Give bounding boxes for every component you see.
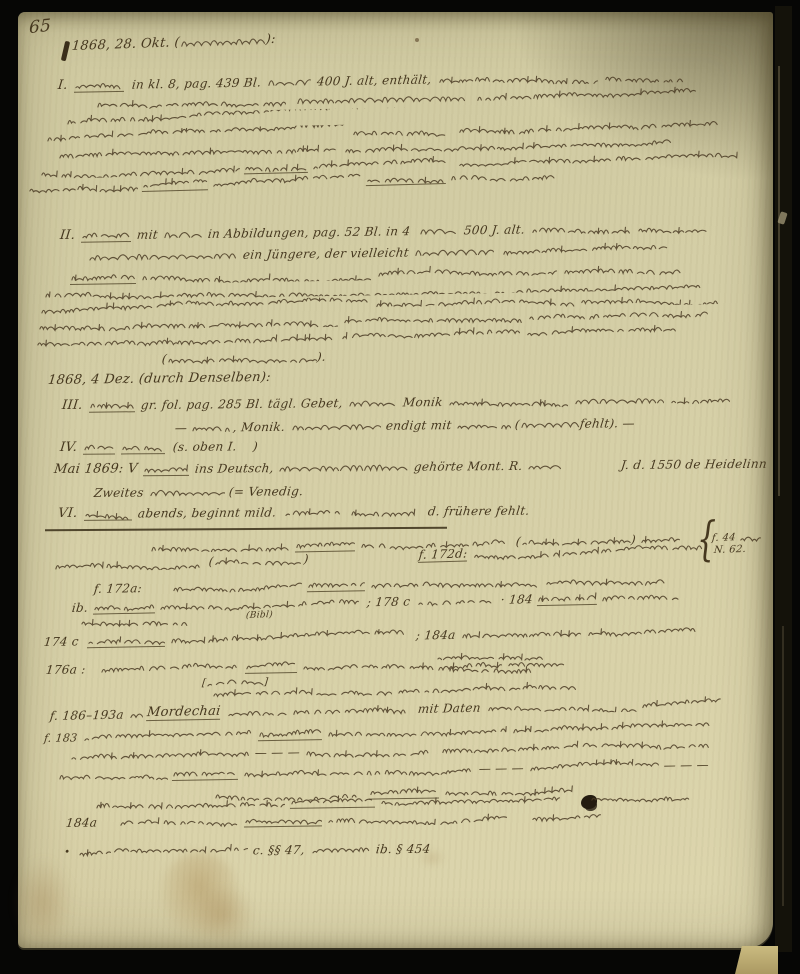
handwriting-text: f. 186–193a (49, 709, 124, 723)
handwriting-text: f. 172a: (93, 582, 143, 596)
handwriting-text: (Bibl) (245, 611, 273, 622)
handwriting-text: ): (265, 33, 276, 47)
gap (561, 471, 621, 473)
mordechai-line: f. 186–193aMordechaimit Daten (50, 695, 721, 723)
handwriting-scribble (170, 629, 410, 647)
handwriting-text: 174 c (43, 635, 79, 649)
handwriting-scribble (640, 696, 720, 712)
handwriting-scribble (119, 814, 239, 830)
handwriting-text: — — — (254, 746, 301, 760)
handwriting-scribble (486, 698, 636, 715)
handwriting-scribble (172, 765, 238, 781)
handwriting-scribble (87, 632, 165, 648)
gap (142, 594, 172, 596)
handwriting-scribble (590, 789, 690, 805)
handwriting-text: 1868, 4 Dez. (durch Denselben): (47, 371, 271, 388)
handwriting-scribble (529, 759, 659, 775)
handwriting-text: ). (316, 351, 327, 364)
handwriting-scribble (290, 793, 375, 809)
handwriting-text: f. 172d: (418, 547, 468, 562)
handwriting-scribble (352, 123, 452, 139)
handwriting-scribble (604, 68, 684, 83)
handwriting-scribble (89, 397, 135, 412)
handwriting-text: d. frühere fehlt. (427, 505, 530, 519)
handwriting-scribble (458, 117, 718, 136)
handwriting-text: , Monik. (233, 421, 287, 435)
handwriting-text: I. (57, 79, 68, 93)
margin-note-n62: N. 62. (714, 545, 747, 557)
handwriting-scribble (70, 269, 136, 285)
manuscript-line: (). (162, 350, 326, 366)
handwriting-scribble (172, 578, 302, 594)
bibl-note: (Bibl) (246, 611, 273, 622)
handwriting-scribble (416, 593, 496, 609)
handwriting-text: — (174, 422, 188, 435)
handwriting-scribble (163, 227, 203, 242)
handwriting-text: gr. fol. pag. 285 Bl. (140, 398, 264, 412)
handwriting-text: ein Jüngere, der vielleicht (242, 247, 409, 262)
handwriting-scribble (226, 704, 286, 719)
gap (309, 562, 419, 566)
handwriting-scribble (380, 791, 560, 808)
handwriting-scribble (96, 94, 286, 111)
handwriting-scribble (58, 767, 168, 783)
manuscript-line: ein Jüngere, der vielleicht (88, 242, 672, 264)
gap (276, 518, 284, 519)
handwriting-scribble (267, 75, 311, 90)
handwriting-scribble (502, 242, 672, 258)
handwriting-text: Heidelinn (704, 458, 768, 472)
handwriting-text: N. 62. (713, 545, 746, 557)
handwriting-layer: { 651868, 28. Okt. ():I.in kl. 8, pag. 4… (0, 0, 800, 974)
handwriting-scribble (600, 589, 680, 605)
handwriting-text: 1868, 28. Okt. ( (71, 36, 180, 54)
handwriting-scribble (83, 505, 131, 520)
handwriting-scribble (520, 417, 580, 432)
handwriting-scribble (441, 738, 711, 757)
heading-1868-okt: 1868, 28. Okt. (): (72, 33, 276, 54)
handwriting-text: Mordechai (146, 705, 221, 721)
handwriting-scribble (365, 169, 445, 186)
margin-note-f44: f. 44 (712, 529, 761, 545)
gap (97, 828, 119, 829)
handwriting-scribble (244, 158, 308, 174)
heavy-ink-stroke (61, 41, 70, 61)
gap (286, 107, 296, 108)
heading-1868-dez: 1868, 4 Dez. (durch Denselben): (48, 371, 271, 388)
handwriting-text: III. (61, 399, 83, 413)
handwriting-scribble (167, 350, 317, 366)
handwriting-scribble (527, 459, 561, 473)
handwriting-scribble (456, 417, 511, 432)
handwriting-text: ; 184a (415, 629, 456, 643)
handwriting-scribble (341, 325, 521, 343)
entry-IV: IV.(s. oben I.) (60, 438, 258, 455)
handwriting-scribble (536, 590, 596, 606)
gap (507, 823, 531, 824)
handwriting-scribble (545, 572, 665, 588)
handwriting-scribble (54, 555, 204, 573)
handwriting-scribble (258, 725, 322, 741)
handwriting-scribble (506, 655, 566, 670)
handwriting-text: 400 J. alt, enthält, (316, 73, 432, 88)
handwriting-scribble (80, 612, 190, 628)
manuscript-line: —, Monik.endigt mit(fehlt). — (175, 416, 635, 435)
page-number: 65 (28, 18, 52, 38)
handwriting-text: (= Venedig. (228, 485, 304, 499)
handwriting-text: • (63, 848, 70, 859)
handwriting-text: c. §§ 47, (252, 844, 305, 857)
handwriting-scribble (278, 460, 408, 475)
handwriting-scribble (143, 461, 189, 476)
handwriting-scribble (637, 220, 707, 235)
handwriting-text: ib. § 454 (375, 843, 431, 856)
handwriting-text: abends, beginnt mild. (137, 506, 277, 520)
handwriting-text: 65 (29, 18, 51, 38)
handwriting-text: fehlt). — (579, 417, 635, 431)
handwriting-text: · 184 (500, 593, 533, 607)
handwriting-text: IV. (59, 441, 78, 455)
handwriting-scribble (311, 842, 371, 857)
handwriting-scribble (574, 393, 664, 408)
handwriting-scribble (327, 810, 507, 827)
handwriting-text: 500 J. alt. (463, 223, 526, 237)
handwriting-scribble (243, 762, 473, 780)
handwriting-text: 184a (65, 817, 98, 830)
handwriting-scribble (191, 420, 231, 434)
handwriting-scribble (149, 485, 225, 500)
handwriting-scribble (370, 574, 540, 591)
entry-II: II.mitin Abbildungen, pag. 52 Bl. in 450… (60, 219, 707, 243)
citation-line: •c. §§ 47,ib. § 454 (64, 842, 431, 859)
gap (411, 237, 419, 238)
handwriting-scribble (305, 743, 435, 759)
manuscript-scan: { 651868, 28. Okt. ():I.in kl. 8, pag. 4… (0, 0, 800, 974)
handwriting-scribble (531, 809, 601, 824)
handwriting-text: tägl. Gebet, (267, 397, 343, 411)
gap (494, 257, 502, 258)
handwriting-scribble (180, 33, 266, 50)
gap (70, 858, 78, 859)
handwriting-scribble (438, 70, 598, 87)
entry-V: Mai 1869: Vins Deutsch,gehörte Mont. R.J… (54, 456, 767, 477)
handwriting-text: VI. (57, 507, 78, 521)
handwriting-scribble (580, 290, 720, 307)
handwriting-scribble (88, 248, 238, 264)
handwriting-scribble (81, 227, 131, 243)
handwriting-scribble (284, 505, 344, 519)
handwriting-text: II. (59, 229, 76, 243)
handwriting-scribble (531, 221, 631, 236)
handwriting-scribble (350, 504, 420, 518)
handwriting-scribble (738, 529, 760, 544)
handwriting-scribble (512, 719, 712, 736)
handwriting-scribble (414, 244, 494, 259)
handwriting-scribble (74, 77, 124, 93)
handwriting-text: endigt mit (385, 419, 452, 433)
handwriting-text: Zweites (93, 487, 144, 500)
handwriting-scribble (121, 439, 165, 454)
handwriting-text: ins Deutsch, (194, 462, 274, 476)
handwriting-text: ; 178 c (366, 595, 411, 609)
entry-III: III.gr. fol. pag. 285 Bl.tägl. Gebet,Mon… (62, 391, 730, 413)
handwriting-scribble (307, 576, 365, 592)
handwriting-scribble (327, 723, 507, 740)
handwriting-scribble (526, 322, 676, 339)
manuscript-line: Zweites(= Venedig. (94, 484, 303, 500)
handwriting-scribble (670, 392, 730, 407)
handwriting-text: (s. oben I. (172, 440, 237, 454)
handwriting-text: mit (137, 229, 159, 242)
handwriting-text: mit Daten (417, 702, 481, 716)
handwriting-scribble (563, 261, 683, 277)
handwriting-scribble (449, 167, 559, 184)
handwriting-scribble (142, 175, 208, 192)
handwriting-scribble (419, 223, 459, 238)
handwriting-scribble (212, 683, 392, 700)
entry-VI: VI.abends, beginnt mild.d. frühere fehlt… (58, 503, 530, 521)
handwriting-text: in Abbildungen, pag. 52 Bl. in 4 (207, 225, 411, 241)
handwriting-text: gehörte Mont. R. (414, 460, 524, 474)
handwriting-scribble (296, 91, 466, 108)
handwriting-scribble (290, 419, 380, 434)
handwriting-text: J. d. 1550 de (620, 458, 701, 472)
gap (466, 103, 476, 104)
gap (86, 675, 100, 676)
handwriting-scribble (83, 440, 115, 455)
handwriting-scribble (291, 702, 411, 718)
handwriting-text: — — — (478, 762, 525, 776)
handwriting-scribble (586, 624, 696, 640)
handwriting-text: Monik (402, 396, 443, 409)
handwriting-scribble (343, 309, 523, 327)
handwriting-scribble (99, 660, 239, 676)
handwriting-scribble (28, 178, 138, 195)
gap (79, 647, 87, 648)
handwriting-scribble (448, 394, 568, 409)
gap (237, 452, 253, 453)
handwriting-text: Mai 1869: V (53, 462, 138, 477)
handwriting-text: 176a : (45, 663, 86, 677)
handwriting-scribble (244, 811, 322, 827)
handwriting-scribble (528, 305, 708, 323)
handwriting-text: in kl. 8, pag. 439 Bl. (131, 76, 262, 91)
handwriting-scribble (460, 626, 580, 642)
handwriting-scribble (397, 680, 577, 697)
handwriting-scribble (78, 843, 248, 858)
handwriting-scribble (244, 658, 296, 674)
handwriting-text: f. 183 (43, 732, 78, 745)
handwriting-text: ) (252, 440, 258, 453)
handwriting-scribble (348, 395, 398, 410)
handwriting-text: f. 44 (711, 533, 736, 545)
handwriting-text: — — — (663, 759, 710, 773)
handwriting-scribble (212, 172, 362, 190)
handwriting-scribble (129, 707, 143, 721)
handwriting-scribble (214, 552, 304, 569)
handwriting-scribble (95, 795, 285, 812)
manuscript-line (80, 612, 190, 628)
handwriting-scribble (83, 727, 253, 744)
section-divider-rule (45, 527, 447, 531)
handwriting-scribble (70, 746, 250, 763)
